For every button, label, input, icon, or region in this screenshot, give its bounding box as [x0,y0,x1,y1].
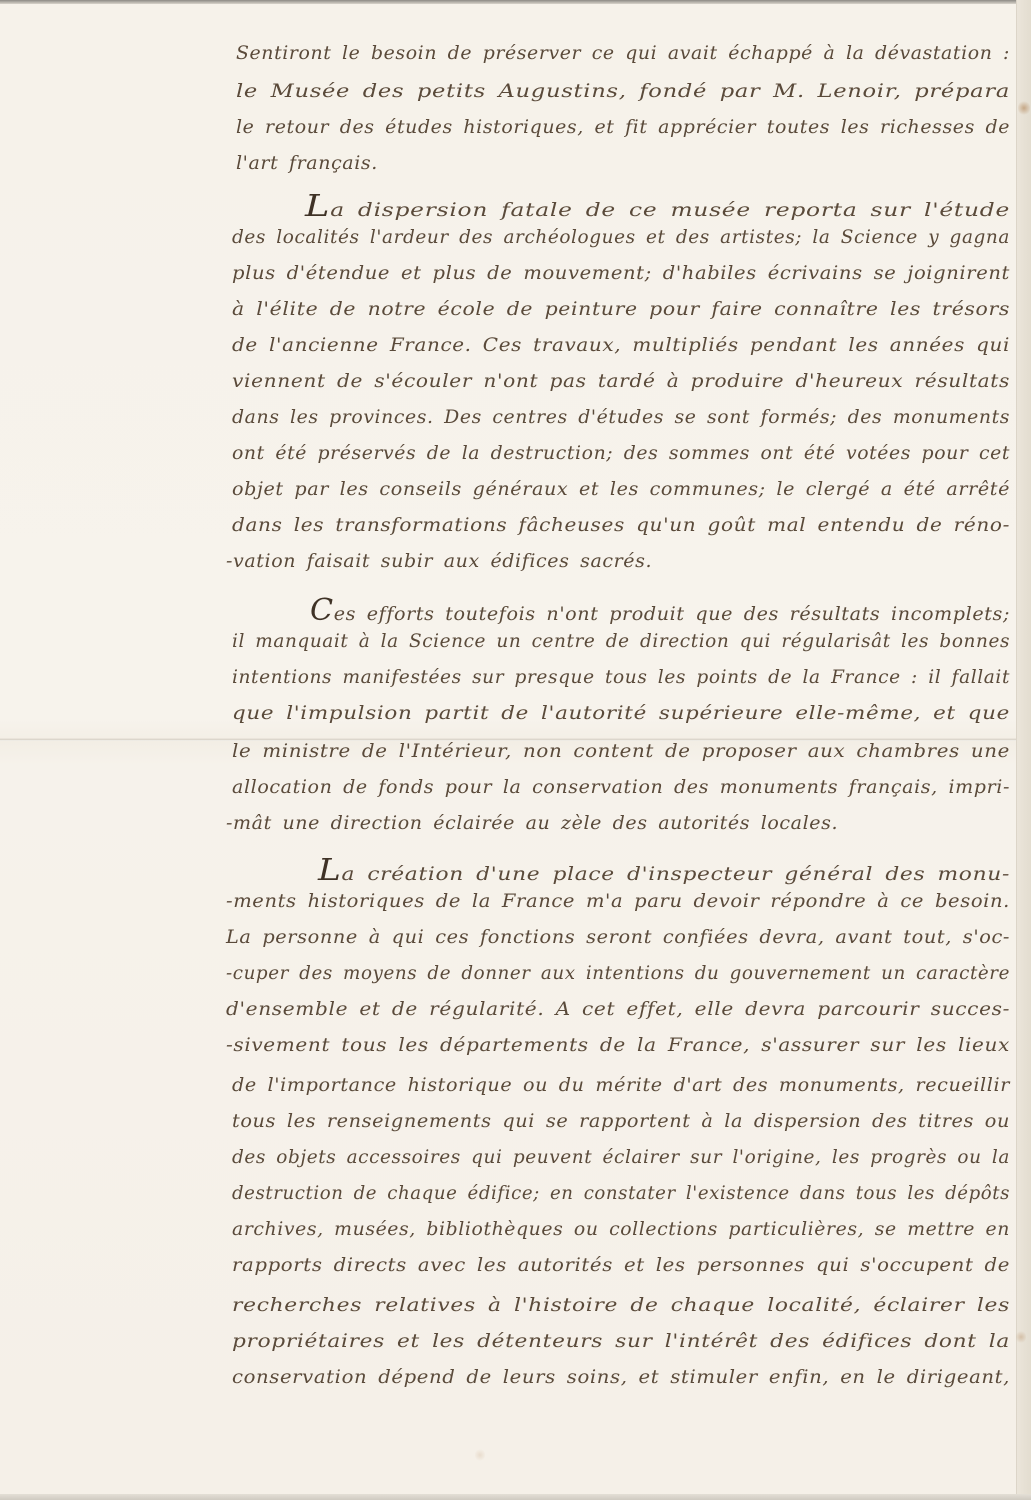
text-line: viennent de s'écouler n'ont pas tardé à … [232,372,1010,391]
text-line: -mât une direction éclairée au zèle des … [226,814,838,833]
paragraph-start-line: La dispersion fatale de ce musée reporta… [305,192,1010,222]
text-line: allocation de fonds pour la conservation… [232,778,1010,797]
text-line: le retour des études historiques, et fit… [236,118,1010,137]
text-line: à l'élite de notre école de peinture pou… [232,300,1010,319]
text-line: de l'ancienne France. Ces travaux, multi… [232,336,1010,355]
text-line: Sentiront le besoin de préserver ce qui … [236,44,1010,63]
text-line: -ments historiques de la France m'a paru… [226,892,1010,911]
page-right-edge [1016,0,1031,1500]
text-line: plus d'étendue et plus de mouvement; d'h… [232,264,1010,283]
paragraph-start-line: La création d'une place d'inspecteur gén… [318,856,1010,886]
ink-stain [1016,1330,1026,1344]
ornate-initial: C [310,593,334,628]
manuscript-page: Sentiront le besoin de préserver ce qui … [0,0,1031,1500]
text-line: objet par les conseils généraux et les c… [232,480,1010,499]
text-line: intentions manifestées sur presque tous … [232,668,1010,687]
text-line: La personne à qui ces fonctions seront c… [226,928,1010,947]
text-line: l'art français. [236,154,378,173]
text-line: propriétaires et les détenteurs sur l'in… [232,1332,1010,1351]
text-line: des objets accessoires qui peuvent éclai… [232,1148,1010,1167]
page-top-shadow [0,0,1031,4]
text-line: conservation dépend de leurs soins, et s… [232,1368,1010,1387]
line-text: a création d'une place d'inspecteur géné… [341,863,1010,885]
text-line: il manquait à la Science un centre de di… [232,632,1010,651]
ornate-initial: L [305,189,330,224]
paper-spot [475,1448,485,1462]
text-line: -sivement tous les départements de la Fr… [226,1036,1010,1055]
text-line: -vation faisait subir aux édifices sacré… [226,552,652,571]
text-line: le ministre de l'Intérieur, non content … [232,742,1010,761]
text-line: dans les transformations fâcheuses qu'un… [232,516,1010,535]
page-bottom-edge [0,1494,1031,1500]
paragraph-start-line: Ces efforts toutefois n'ont produit que … [310,596,1010,626]
text-line: que l'impulsion partit de l'autorité sup… [232,704,1010,723]
text-line: rapports directs avec les autorités et l… [232,1256,1010,1275]
text-line: destruction de chaque édifice; en consta… [232,1184,1010,1203]
text-line: le Musée des petits Augustins, fondé par… [236,82,1010,101]
line-text: a dispersion fatale de ce musée reporta … [330,199,1010,221]
text-line: dans les provinces. Des centres d'études… [232,408,1010,427]
text-line: tous les renseignements qui se rapporten… [232,1112,1010,1131]
ornate-initial: L [318,853,341,888]
text-line: archives, musées, bibliothèques ou colle… [232,1220,1010,1239]
text-line: -cuper des moyens de donner aux intentio… [226,964,1010,983]
text-line: des localités l'ardeur des archéologues … [232,228,1010,247]
text-line: de l'importance historique ou du mérite … [232,1076,1010,1095]
text-line: recherches relatives à l'histoire de cha… [232,1296,1010,1315]
ink-stain [1018,100,1030,116]
text-line: d'ensemble et de régularité. A cet effet… [226,1000,1010,1019]
text-line: ont été préservés de la destruction; des… [232,444,1010,463]
line-text: es efforts toutefois n'ont produit que d… [334,603,1010,625]
